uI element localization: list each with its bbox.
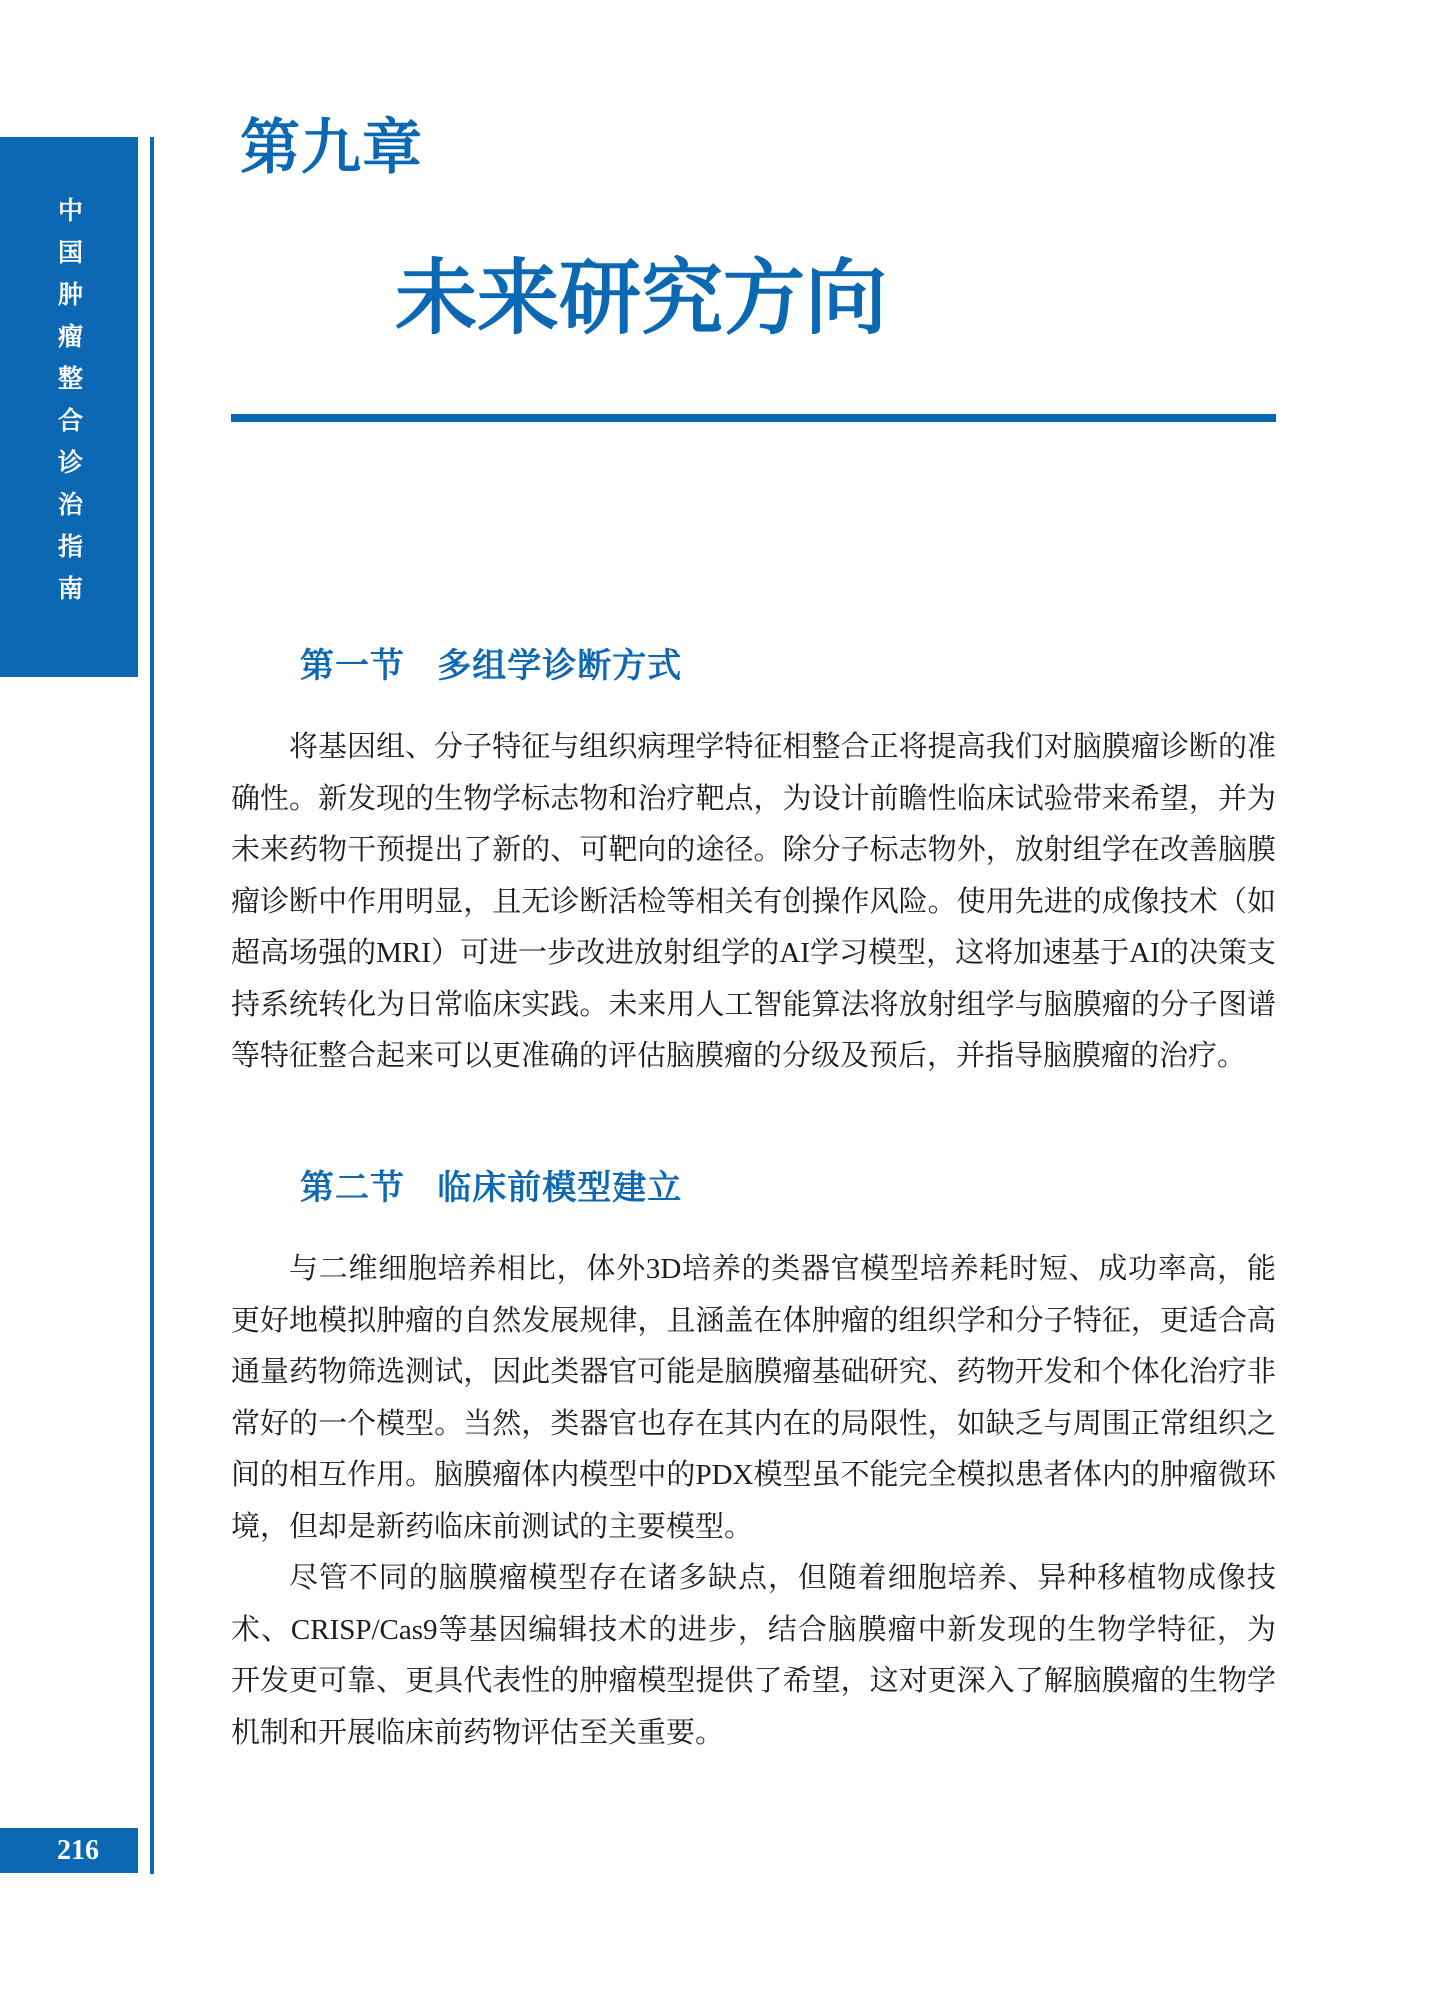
section-1-body: 将基因组、分子特征与组织病理学特征相整合正将提高我们对脑膜瘤诊断的准确性。新发现…	[231, 722, 1276, 1083]
paragraph: 将基因组、分子特征与组织病理学特征相整合正将提高我们对脑膜瘤诊断的准确性。新发现…	[231, 722, 1276, 1083]
vertical-divider	[150, 137, 154, 1874]
chapter-number-label: 第九章	[240, 118, 423, 178]
sidebar-banner: 中国肿瘤整合诊治指南	[0, 137, 138, 677]
sidebar-vertical-title: 中国肿瘤整合诊治指南	[57, 197, 82, 617]
paragraph: 与二维细胞培养相比，体外3D培养的类器官模型培养耗时短、成功率高，能更好地模拟肿…	[231, 1244, 1276, 1553]
chapter-title-rule	[231, 414, 1276, 422]
section-2-title: 临床前模型建立	[437, 1170, 682, 1207]
page-number: 216	[57, 1837, 99, 1865]
paragraph: 尽管不同的脑膜瘤模型存在诸多缺点，但随着细胞培养、异种移植物成像技术、CRISP…	[231, 1553, 1276, 1759]
page-number-badge: 216	[0, 1828, 138, 1873]
section-1-number: 第一节	[300, 648, 405, 685]
section-2-number: 第二节	[300, 1170, 405, 1207]
book-page: 中国肿瘤整合诊治指南 第九章 未来研究方向 第一节多组学诊断方式 将基因组、分子…	[0, 0, 1444, 2010]
section-1-heading: 第一节多组学诊断方式	[300, 648, 682, 685]
section-2-heading: 第二节临床前模型建立	[300, 1170, 682, 1207]
section-2-body: 与二维细胞培养相比，体外3D培养的类器官模型培养耗时短、成功率高，能更好地模拟肿…	[231, 1244, 1276, 1759]
chapter-title: 未来研究方向	[395, 258, 887, 340]
section-1-title: 多组学诊断方式	[437, 648, 682, 685]
